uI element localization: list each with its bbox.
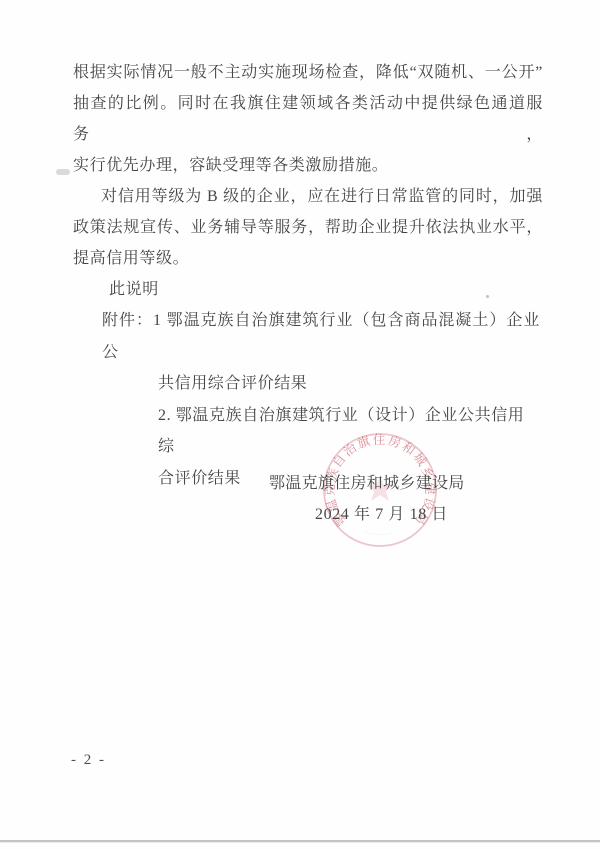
signature-date: 2024 年 7 月 18 日 [315,501,448,524]
text-line: 政策法规宣传、业务辅导等服务，帮助企业提升依法执业水平， [73,212,543,243]
text-line: 提高信用等级。 [73,243,543,274]
text-line: 抽查的比例。同时在我旗住建领域各类活动中提供绿色通道服务， [73,88,543,150]
document-page: { "document": { "body": { "p1": { "l1": … [0,0,600,849]
text-line: 实行优先办理，容缺受理等各类激励措施。 [73,150,543,181]
body-text: 根据实际情况一般不主动实施现场检查，降低“双随机、一公开” 抽查的比例。同时在我… [73,57,543,305]
scanned-letter-page: 根据实际情况一般不主动实施现场检查，降低“双随机、一公开” 抽查的比例。同时在我… [0,0,600,849]
closing-line: 此说明 [73,274,543,305]
page-number: - 2 - [71,752,106,769]
attachment-item-1: 附件：1 鄂温克族自治旗建筑行业（包含商品混凝土）企业公 [102,305,540,368]
attachment-item-1-text: 1 鄂温克族自治旗建筑行业（包含商品混凝土）企业公 [102,312,540,361]
text-line: 根据实际情况一般不主动实施现场检查，降低“双随机、一公开” [73,57,543,88]
scan-dot [486,295,489,298]
attachment-label: 附件： [102,312,153,329]
scan-edge-line [0,840,600,842]
attachment-item-1-continuation: 共信用综合评价结果 [102,368,540,400]
seal-bottom-marks: ··············· [364,529,396,537]
signature-agency: 鄂温克旗住房和城乡建设局 [269,470,465,493]
scan-smudge [56,169,70,175]
text-line: 对信用等级为 B 级的企业，应在进行日常监管的同时，加强 [73,181,543,212]
faded-period-mark [158,261,162,264]
